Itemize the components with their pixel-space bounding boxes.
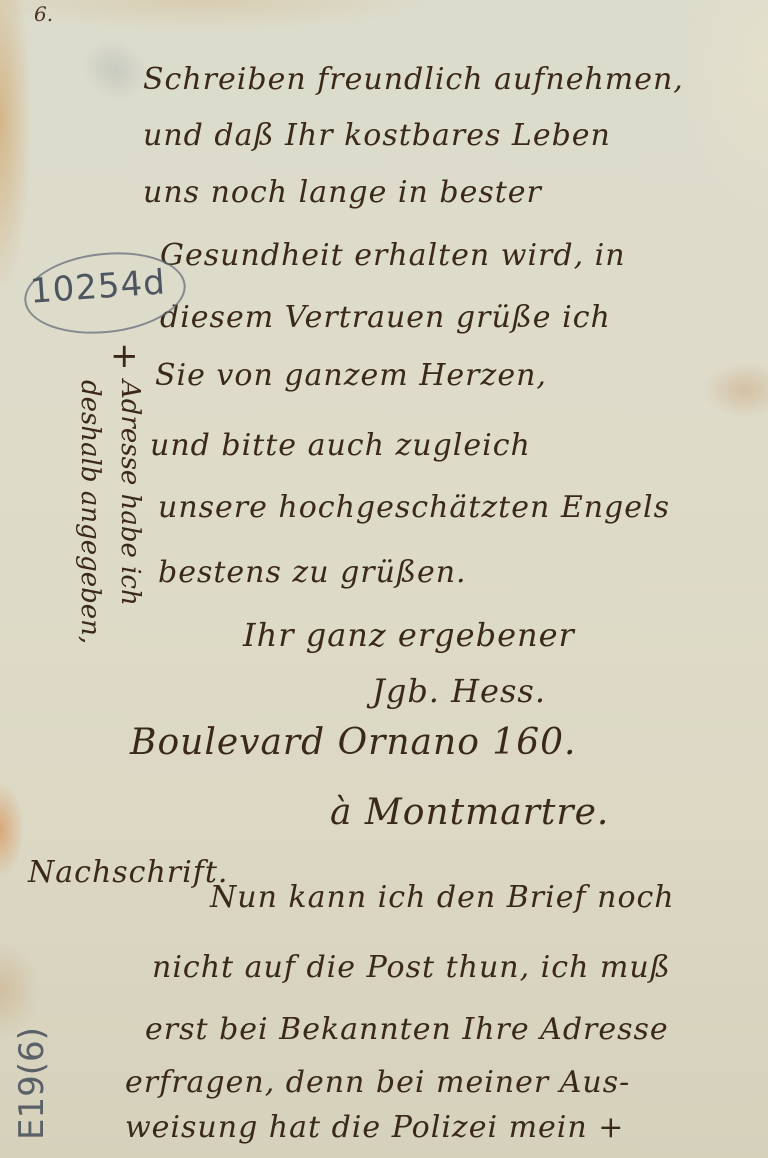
postscript-line-2: nicht auf die Post thun, ich muß bbox=[152, 950, 671, 985]
page-number: 6. bbox=[34, 2, 53, 26]
body-line-4: Gesundheit erhalten wird, in bbox=[160, 238, 626, 273]
body-line-9: bestens zu grüßen. bbox=[158, 555, 467, 590]
address-line-1: Boulevard Ornano 160. bbox=[130, 722, 576, 763]
signature: Jgb. Hess. bbox=[372, 672, 546, 710]
postscript-line-5: weisung hat die Polizei mein + bbox=[125, 1110, 624, 1145]
postscript-line-4: erfragen, denn bei meiner Aus- bbox=[125, 1065, 630, 1100]
postscript-line-3: erst bei Bekannten Ihre Adresse bbox=[145, 1012, 669, 1047]
body-line-1: Schreiben freundlich aufnehmen, bbox=[143, 62, 684, 97]
margin-note-line-1: Adresse habe ich bbox=[115, 380, 145, 606]
address-line-2: à Montmartre. bbox=[330, 792, 609, 833]
closing: Ihr ganz ergebener bbox=[243, 616, 575, 654]
postscript-label: Nachschrift. bbox=[28, 855, 228, 890]
body-line-7: und bitte auch zugleich bbox=[150, 428, 531, 463]
body-line-8: unsere hochgeschätzten Engels bbox=[158, 490, 670, 525]
margin-note-marker: + bbox=[110, 336, 139, 376]
body-line-5: diesem Vertrauen grüße ich bbox=[160, 300, 611, 335]
body-line-3: uns noch lange in bester bbox=[143, 175, 542, 210]
body-line-6: Sie von ganzem Herzen, bbox=[155, 358, 547, 393]
inventory-number: E19(6) bbox=[12, 1027, 52, 1140]
postscript-line-1: Nun kann ich den Brief noch bbox=[210, 880, 675, 915]
margin-note-line-2: deshalb angegeben, bbox=[75, 380, 105, 644]
body-line-2: und daß Ihr kostbares Leben bbox=[143, 118, 611, 153]
letter-page: 6. Schreiben freundlich aufnehmen, und d… bbox=[0, 0, 768, 1158]
